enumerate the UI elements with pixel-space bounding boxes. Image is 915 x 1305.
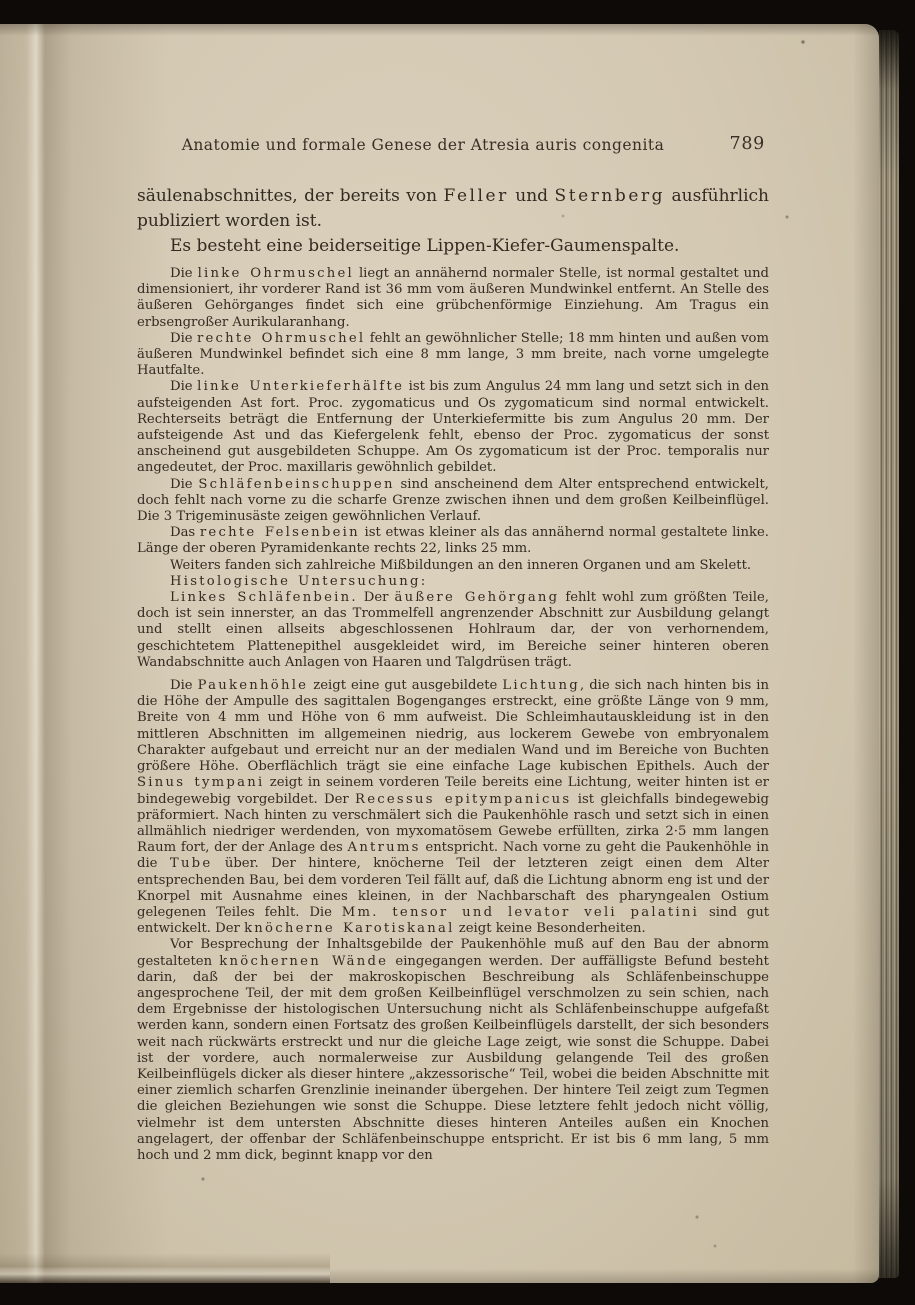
text-run: Die	[170, 266, 198, 281]
paragraph: Die linke Ohrmuschel liegt an annähernd …	[137, 266, 769, 331]
text-run: Die	[170, 379, 197, 394]
text-run: säulenabschnittes, der bereits von	[137, 186, 444, 206]
emphasized-term: Lichtung	[502, 678, 580, 693]
paragraph: Linkes Schläfenbein. Der äußere Gehörgan…	[137, 590, 769, 671]
emphasized-term: Sternberg	[555, 186, 666, 206]
emphasized-term: Linkes Schläfenbein.	[170, 590, 358, 605]
page-number: 789	[729, 134, 765, 154]
emphasized-term: Histologische Untersuchung	[170, 574, 421, 589]
emphasized-term: Antrums	[348, 840, 421, 855]
text-run: Der	[358, 590, 395, 605]
paragraph: Die rechte Ohrmuschel fehlt an gewöhnlic…	[137, 331, 769, 380]
text-body: säulenabschnittes, der bereits von Felle…	[137, 184, 769, 1164]
paragraph: Es besteht eine beiderseitige Lippen-Kie…	[137, 234, 769, 259]
emphasized-term: Mm. tensor und levator veli palatini	[342, 905, 699, 920]
text-run: Die	[170, 678, 198, 693]
emphasized-term: Sinus tympani	[137, 775, 264, 790]
fore-edge-pages	[879, 30, 899, 1278]
text-run: Weiters fanden sich zahlreiche Mißbildun…	[170, 558, 751, 573]
text-run: Es besteht eine beiderseitige Lippen-Kie…	[170, 236, 679, 256]
emphasized-term: knöchernen Wände	[219, 954, 388, 969]
paragraph: Weiters fanden sich zahlreiche Mißbildun…	[137, 558, 769, 574]
scanned-book-page: Anatomie und formale Genese der Atresia …	[0, 0, 915, 1305]
paragraph: Die Paukenhöhle zeigt eine gut ausgebild…	[137, 678, 769, 937]
paragraph: Vor Besprechung der Inhaltsgebilde der P…	[137, 937, 769, 1164]
emphasized-term: linke Ohrmuschel	[198, 266, 354, 281]
emphasized-term: Feller	[444, 186, 509, 206]
paragraph: Die linke Unterkieferhälfte ist bis zum …	[137, 379, 769, 476]
text-run: zeigt eine gut ausgebildete	[308, 678, 502, 693]
text-run: Das	[170, 525, 200, 540]
paragraph: Das rechte Felsenbein ist etwas kleiner …	[137, 525, 769, 557]
emphasized-term: Tube	[170, 856, 213, 871]
text-run: eingegangen werden. Der auffälligste Bef…	[137, 954, 769, 1163]
emphasized-term: linke Unterkieferhälfte	[197, 379, 404, 394]
text-run: Die	[170, 477, 198, 492]
emphasized-term: knöcherne Karotiskanal	[244, 921, 455, 936]
paragraph: säulenabschnittes, der bereits von Felle…	[137, 184, 769, 234]
running-head-title: Anatomie und formale Genese der Atresia …	[137, 136, 769, 154]
emphasized-term: Paukenhöhle	[198, 678, 309, 693]
paragraph: Histologische Untersuchung:	[137, 574, 769, 590]
page-curl	[0, 1253, 330, 1283]
running-head: Anatomie und formale Genese der Atresia …	[137, 136, 769, 162]
text-run: zeigt keine Besonderheiten.	[455, 921, 646, 936]
paragraph: Die Schläfenbeinschuppen sind anscheinen…	[137, 477, 769, 526]
text-run: Die	[170, 331, 197, 346]
emphasized-term: rechte Ohrmuschel	[197, 331, 365, 346]
emphasized-term: Recessus epitympanicus	[355, 792, 571, 807]
book-page: Anatomie und formale Genese der Atresia …	[0, 24, 879, 1283]
emphasized-term: äußere Gehörgang	[394, 590, 559, 605]
text-run: :	[421, 574, 425, 589]
text-run: und	[509, 186, 555, 206]
emphasized-term: Schläfenbeinschuppen	[198, 477, 394, 492]
emphasized-term: rechte Felsenbein	[200, 525, 360, 540]
